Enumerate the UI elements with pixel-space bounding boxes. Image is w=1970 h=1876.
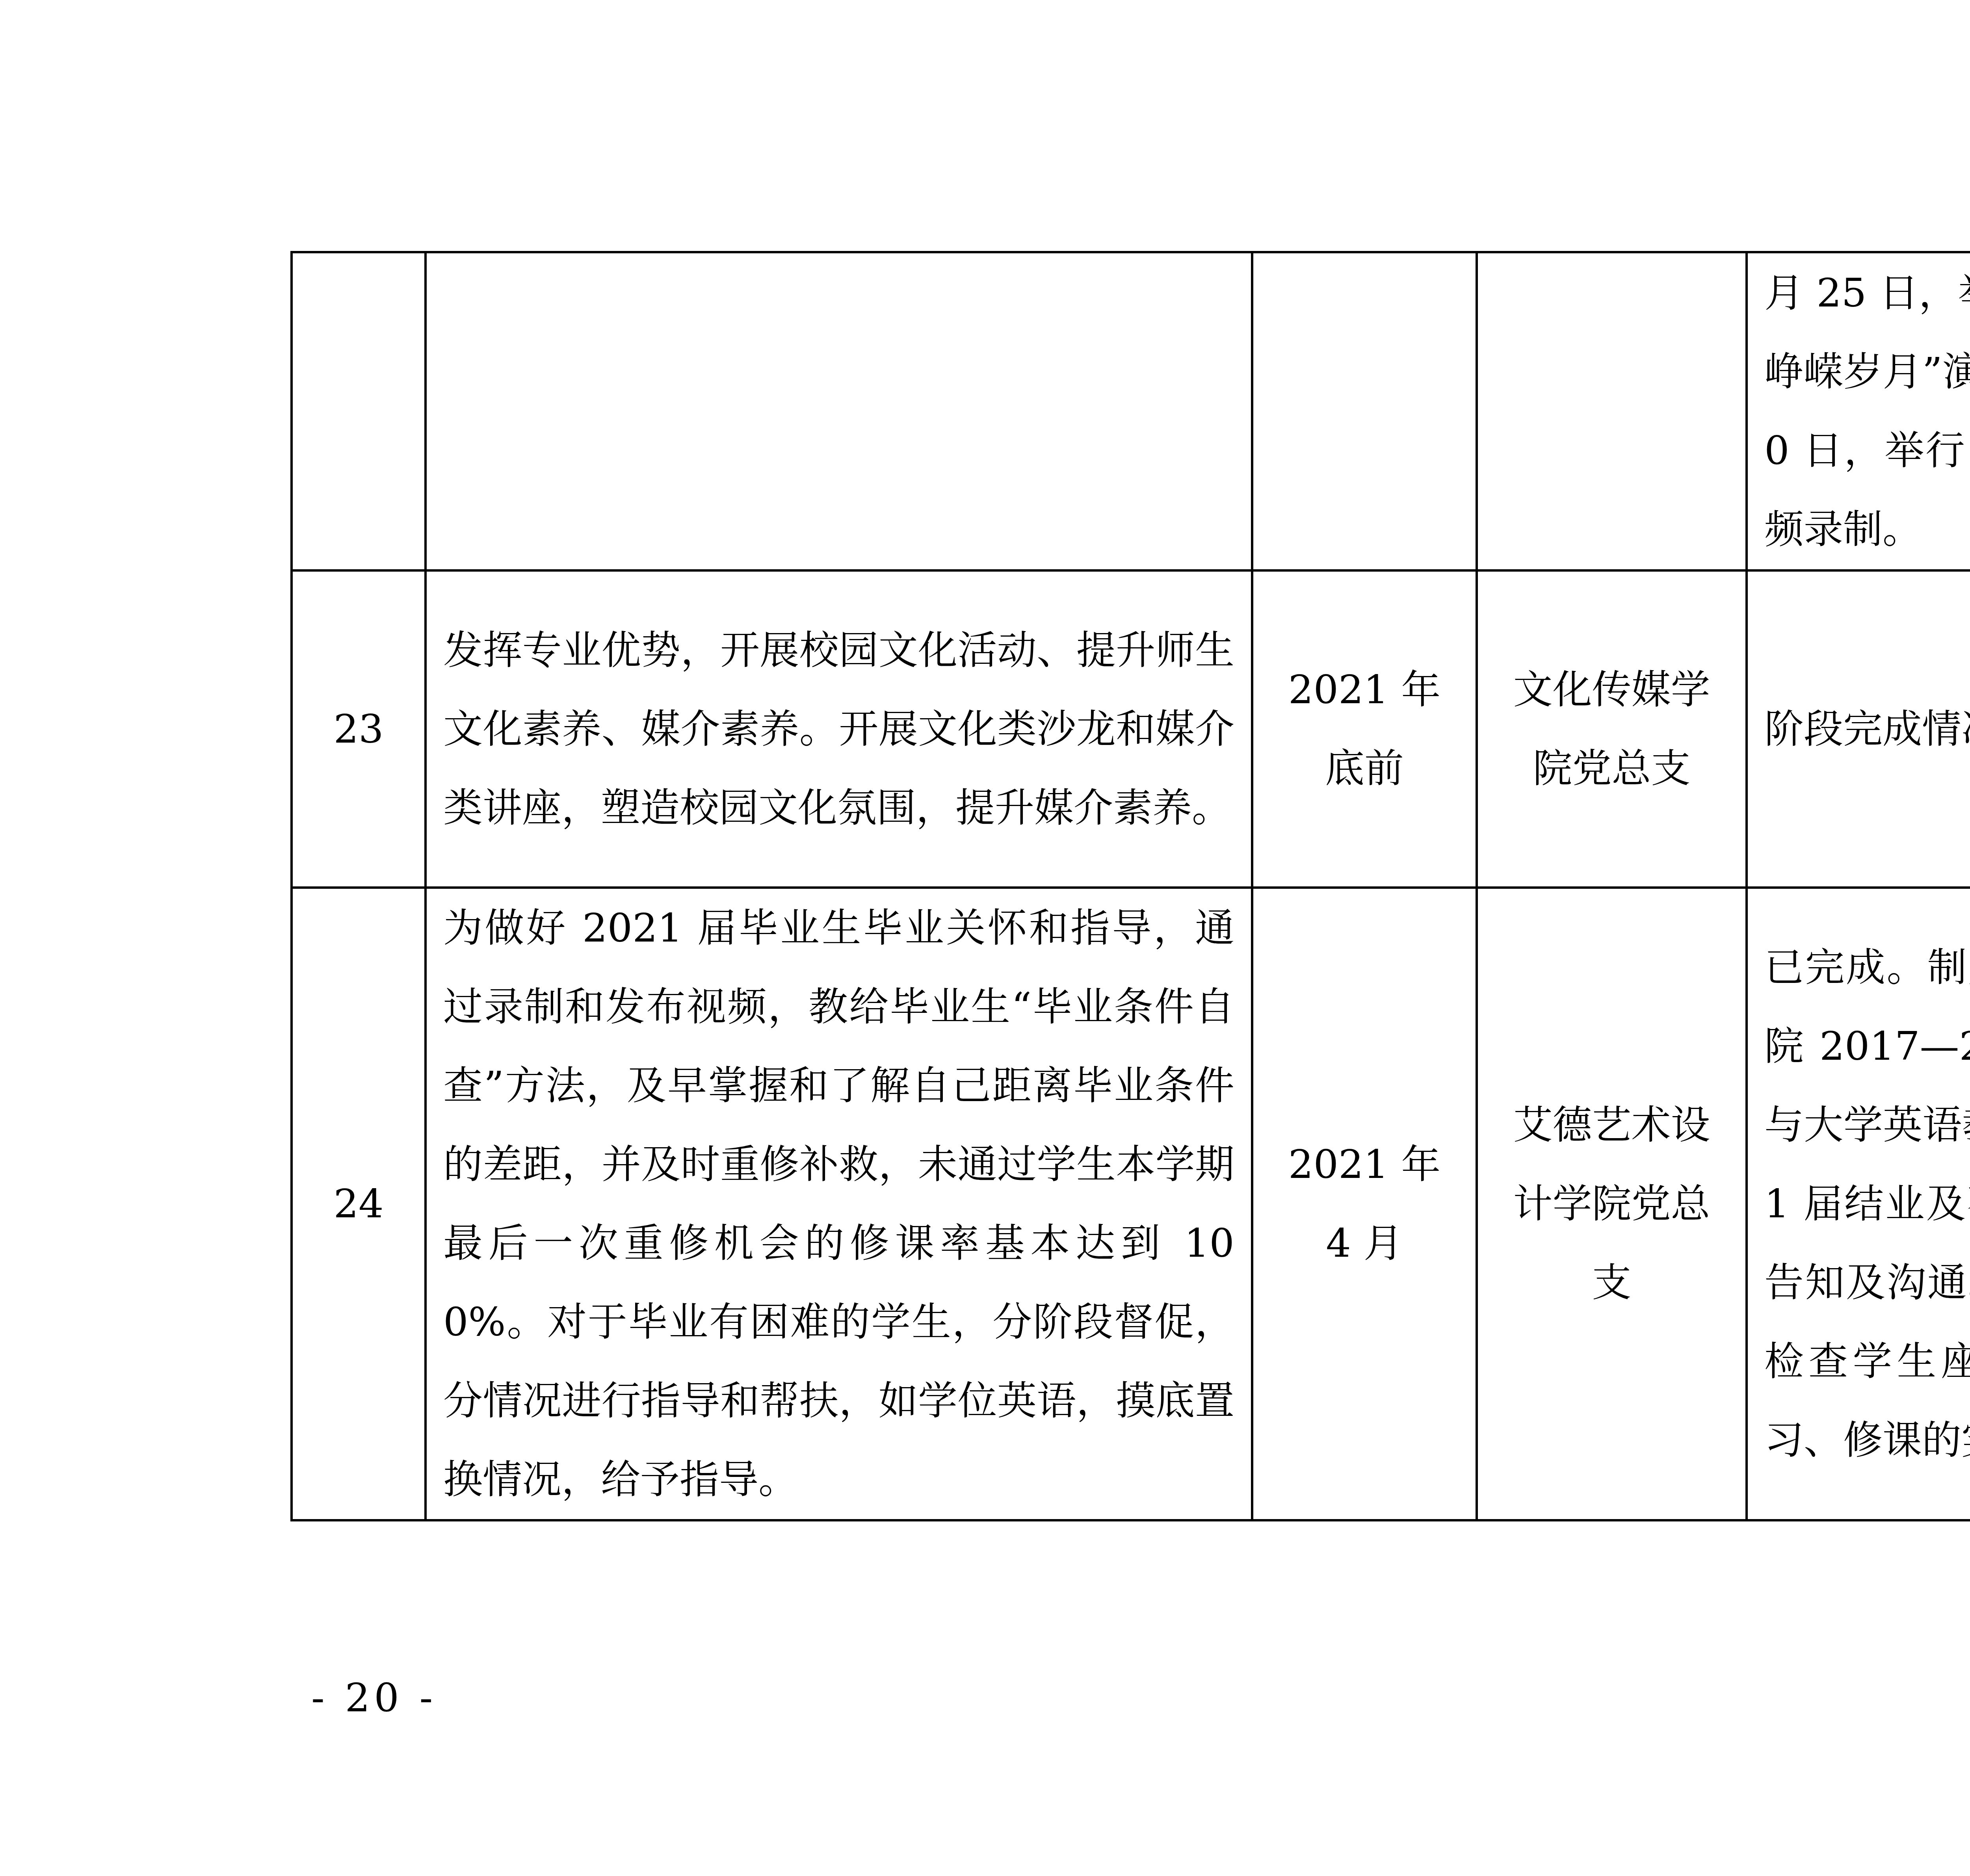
work-progress-table: 月 25 日，举行“诵红色经典追忆峥嵘岁月”演讲主题活动。6 月 30 日，举行… (290, 251, 1970, 1521)
cell-status: 阶段完成情况。下学期启动。 (1747, 570, 1970, 888)
deadline-line: 2021 年 (1270, 1125, 1459, 1204)
cell-number: 23 (292, 570, 426, 888)
page-number: - 20 - (311, 1674, 437, 1722)
cell-department: 文化传媒学 院党总支 (1477, 570, 1747, 888)
cell-deadline: 2021 年 底前 (1252, 570, 1477, 888)
department-line: 文化传媒学 (1494, 650, 1729, 729)
cell-status: 已完成。制定《艾德艺术设计学院 2017—2021 级 CET4 提分与大学英语… (1747, 888, 1970, 1520)
document-page: 月 25 日，举行“诵红色经典追忆峥嵘岁月”演讲主题活动。6 月 30 日，举行… (0, 0, 1970, 1876)
department-line: 艾德艺术设 (1494, 1086, 1729, 1165)
department-line: 计学院党总 (1494, 1165, 1729, 1243)
cell-deadline: 2021 年 4 月 (1252, 888, 1477, 1520)
cell-deadline (1252, 252, 1477, 570)
cell-number: 24 (292, 888, 426, 1520)
deadline-line: 2021 年 (1270, 650, 1459, 729)
cell-task: 发挥专业优势，开展校园文化活动、提升师生文化素养、媒介素养。开展文化类沙龙和媒介… (426, 570, 1252, 888)
cell-department: 艾德艺术设 计学院党总 支 (1477, 888, 1747, 1520)
cell-task: 为做好 2021 届毕业生毕业关怀和指导，通过录制和发布视频，教给毕业生“毕业条… (426, 888, 1252, 1520)
cell-task (426, 252, 1252, 570)
table-row-23: 23 发挥专业优势，开展校园文化活动、提升师生文化素养、媒介素养。开展文化类沙龙… (292, 570, 1970, 888)
deadline-line: 4 月 (1270, 1204, 1459, 1283)
department-line: 支 (1494, 1243, 1729, 1322)
table-row-24: 24 为做好 2021 届毕业生毕业关怀和指导，通过录制和发布视频，教给毕业生“… (292, 888, 1970, 1520)
cell-department (1477, 252, 1747, 570)
department-line: 院党总支 (1494, 729, 1729, 808)
table-row-continued: 月 25 日，举行“诵红色经典追忆峥嵘岁月”演讲主题活动。6 月 30 日，举行… (292, 252, 1970, 570)
cell-status: 月 25 日，举行“诵红色经典追忆峥嵘岁月”演讲主题活动。6 月 30 日，举行… (1747, 252, 1970, 570)
cell-number (292, 252, 426, 570)
deadline-line: 底前 (1270, 729, 1459, 808)
